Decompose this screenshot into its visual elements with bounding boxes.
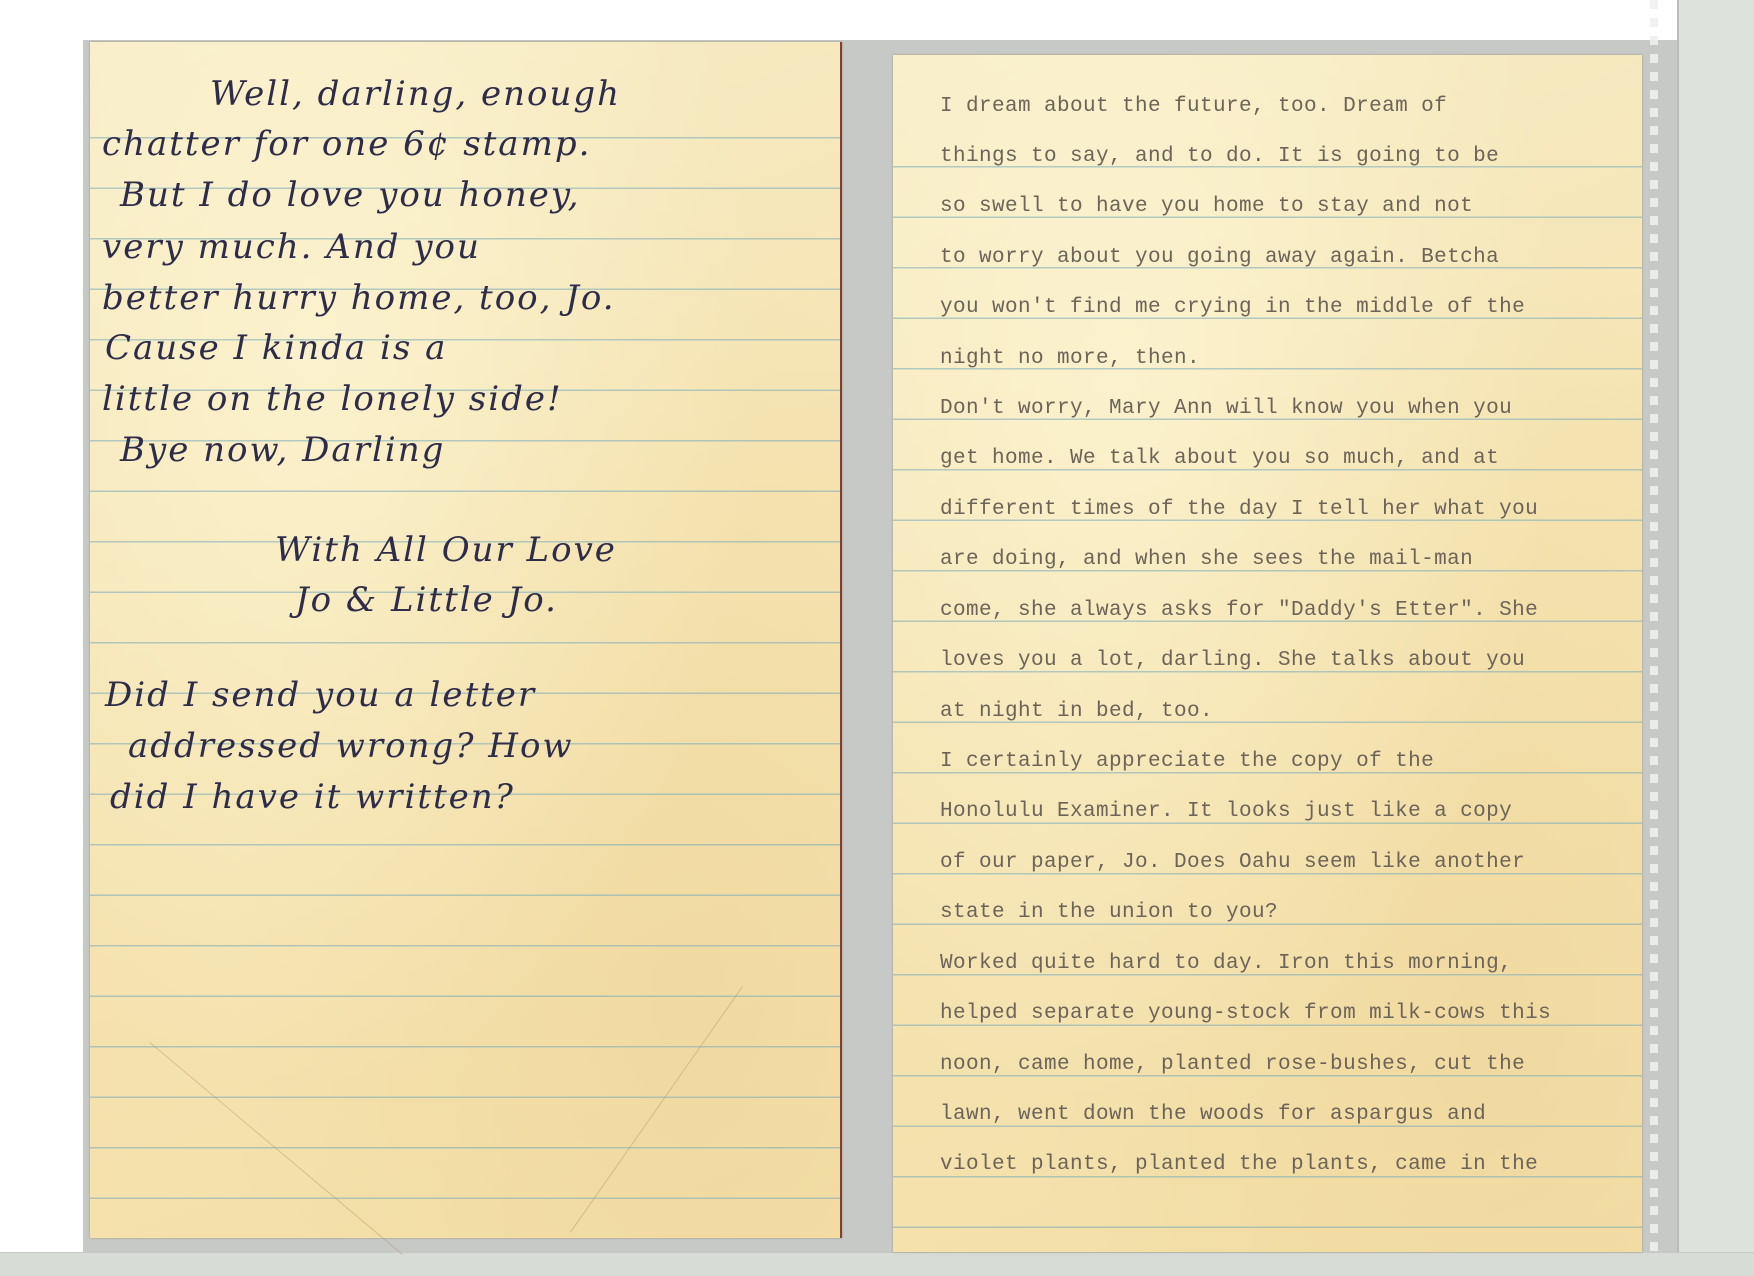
handwritten-line: very much. And you	[102, 227, 481, 267]
typed-line: get home. We talk about you so much, and…	[940, 447, 1499, 470]
typed-line: come, she always asks for "Daddy's Etter…	[940, 599, 1538, 622]
typed-line: Don't worry, Mary Ann will know you when…	[940, 397, 1512, 420]
protective-sleeve-bottom	[0, 1252, 1754, 1276]
typed-line: I certainly appreciate the copy of the	[940, 750, 1434, 773]
typed-line: Honolulu Examiner. It looks just like a …	[940, 800, 1512, 823]
handwritten-letter-page: Well, darling, enough chatter for one 6¢…	[90, 42, 842, 1238]
typed-line: noon, came home, planted rose-bushes, cu…	[940, 1053, 1525, 1076]
ruled-lines	[893, 117, 1642, 1252]
sleeve-perforation	[1650, 0, 1658, 1252]
typed-line: lawn, went down the woods for aspargus a…	[940, 1103, 1486, 1126]
typed-line: different times of the day I tell her wh…	[940, 498, 1538, 521]
typed-line: of our paper, Jo. Does Oahu seem like an…	[940, 851, 1525, 874]
typed-line: helped separate young-stock from milk-co…	[940, 1002, 1551, 1025]
typed-line: things to say, and to do. It is going to…	[940, 145, 1499, 168]
handwritten-line: Cause I kinda is a	[105, 328, 447, 368]
protective-sleeve-edge	[1677, 0, 1754, 1276]
typed-line: loves you a lot, darling. She talks abou…	[940, 649, 1525, 672]
signoff-line: With All Our Love	[275, 530, 617, 570]
typed-line: you won't find me crying in the middle o…	[940, 296, 1525, 319]
handwritten-line: chatter for one 6¢ stamp.	[102, 124, 591, 164]
handwritten-line: Well, darling, enough	[210, 74, 621, 114]
postscript-line: did I have it written?	[110, 777, 515, 817]
typed-line: so swell to have you home to stay and no…	[940, 195, 1473, 218]
handwritten-line: little on the lonely side!	[102, 379, 563, 419]
postscript-line: Did I send you a letter	[105, 675, 536, 715]
typed-line: to worry about you going away again. Bet…	[940, 246, 1499, 269]
handwritten-line: better hurry home, too, Jo.	[102, 278, 616, 318]
typewritten-letter-page: I dream about the future, too. Dream of …	[893, 55, 1642, 1252]
typed-line: violet plants, planted the plants, came …	[940, 1153, 1538, 1176]
typed-line: state in the union to you?	[940, 901, 1278, 924]
typed-line: I dream about the future, too. Dream of	[940, 95, 1447, 118]
typed-line: Worked quite hard to day. Iron this morn…	[940, 952, 1512, 975]
typed-line: are doing, and when she sees the mail-ma…	[940, 548, 1473, 571]
typed-line: night no more, then.	[940, 347, 1200, 370]
handwritten-line: Bye now, Darling	[120, 430, 445, 470]
typed-line: at night in bed, too.	[940, 700, 1213, 723]
signature: Jo & Little Jo.	[295, 580, 558, 620]
postscript-line: addressed wrong? How	[128, 726, 574, 766]
handwritten-line: But I do love you honey,	[120, 175, 580, 215]
